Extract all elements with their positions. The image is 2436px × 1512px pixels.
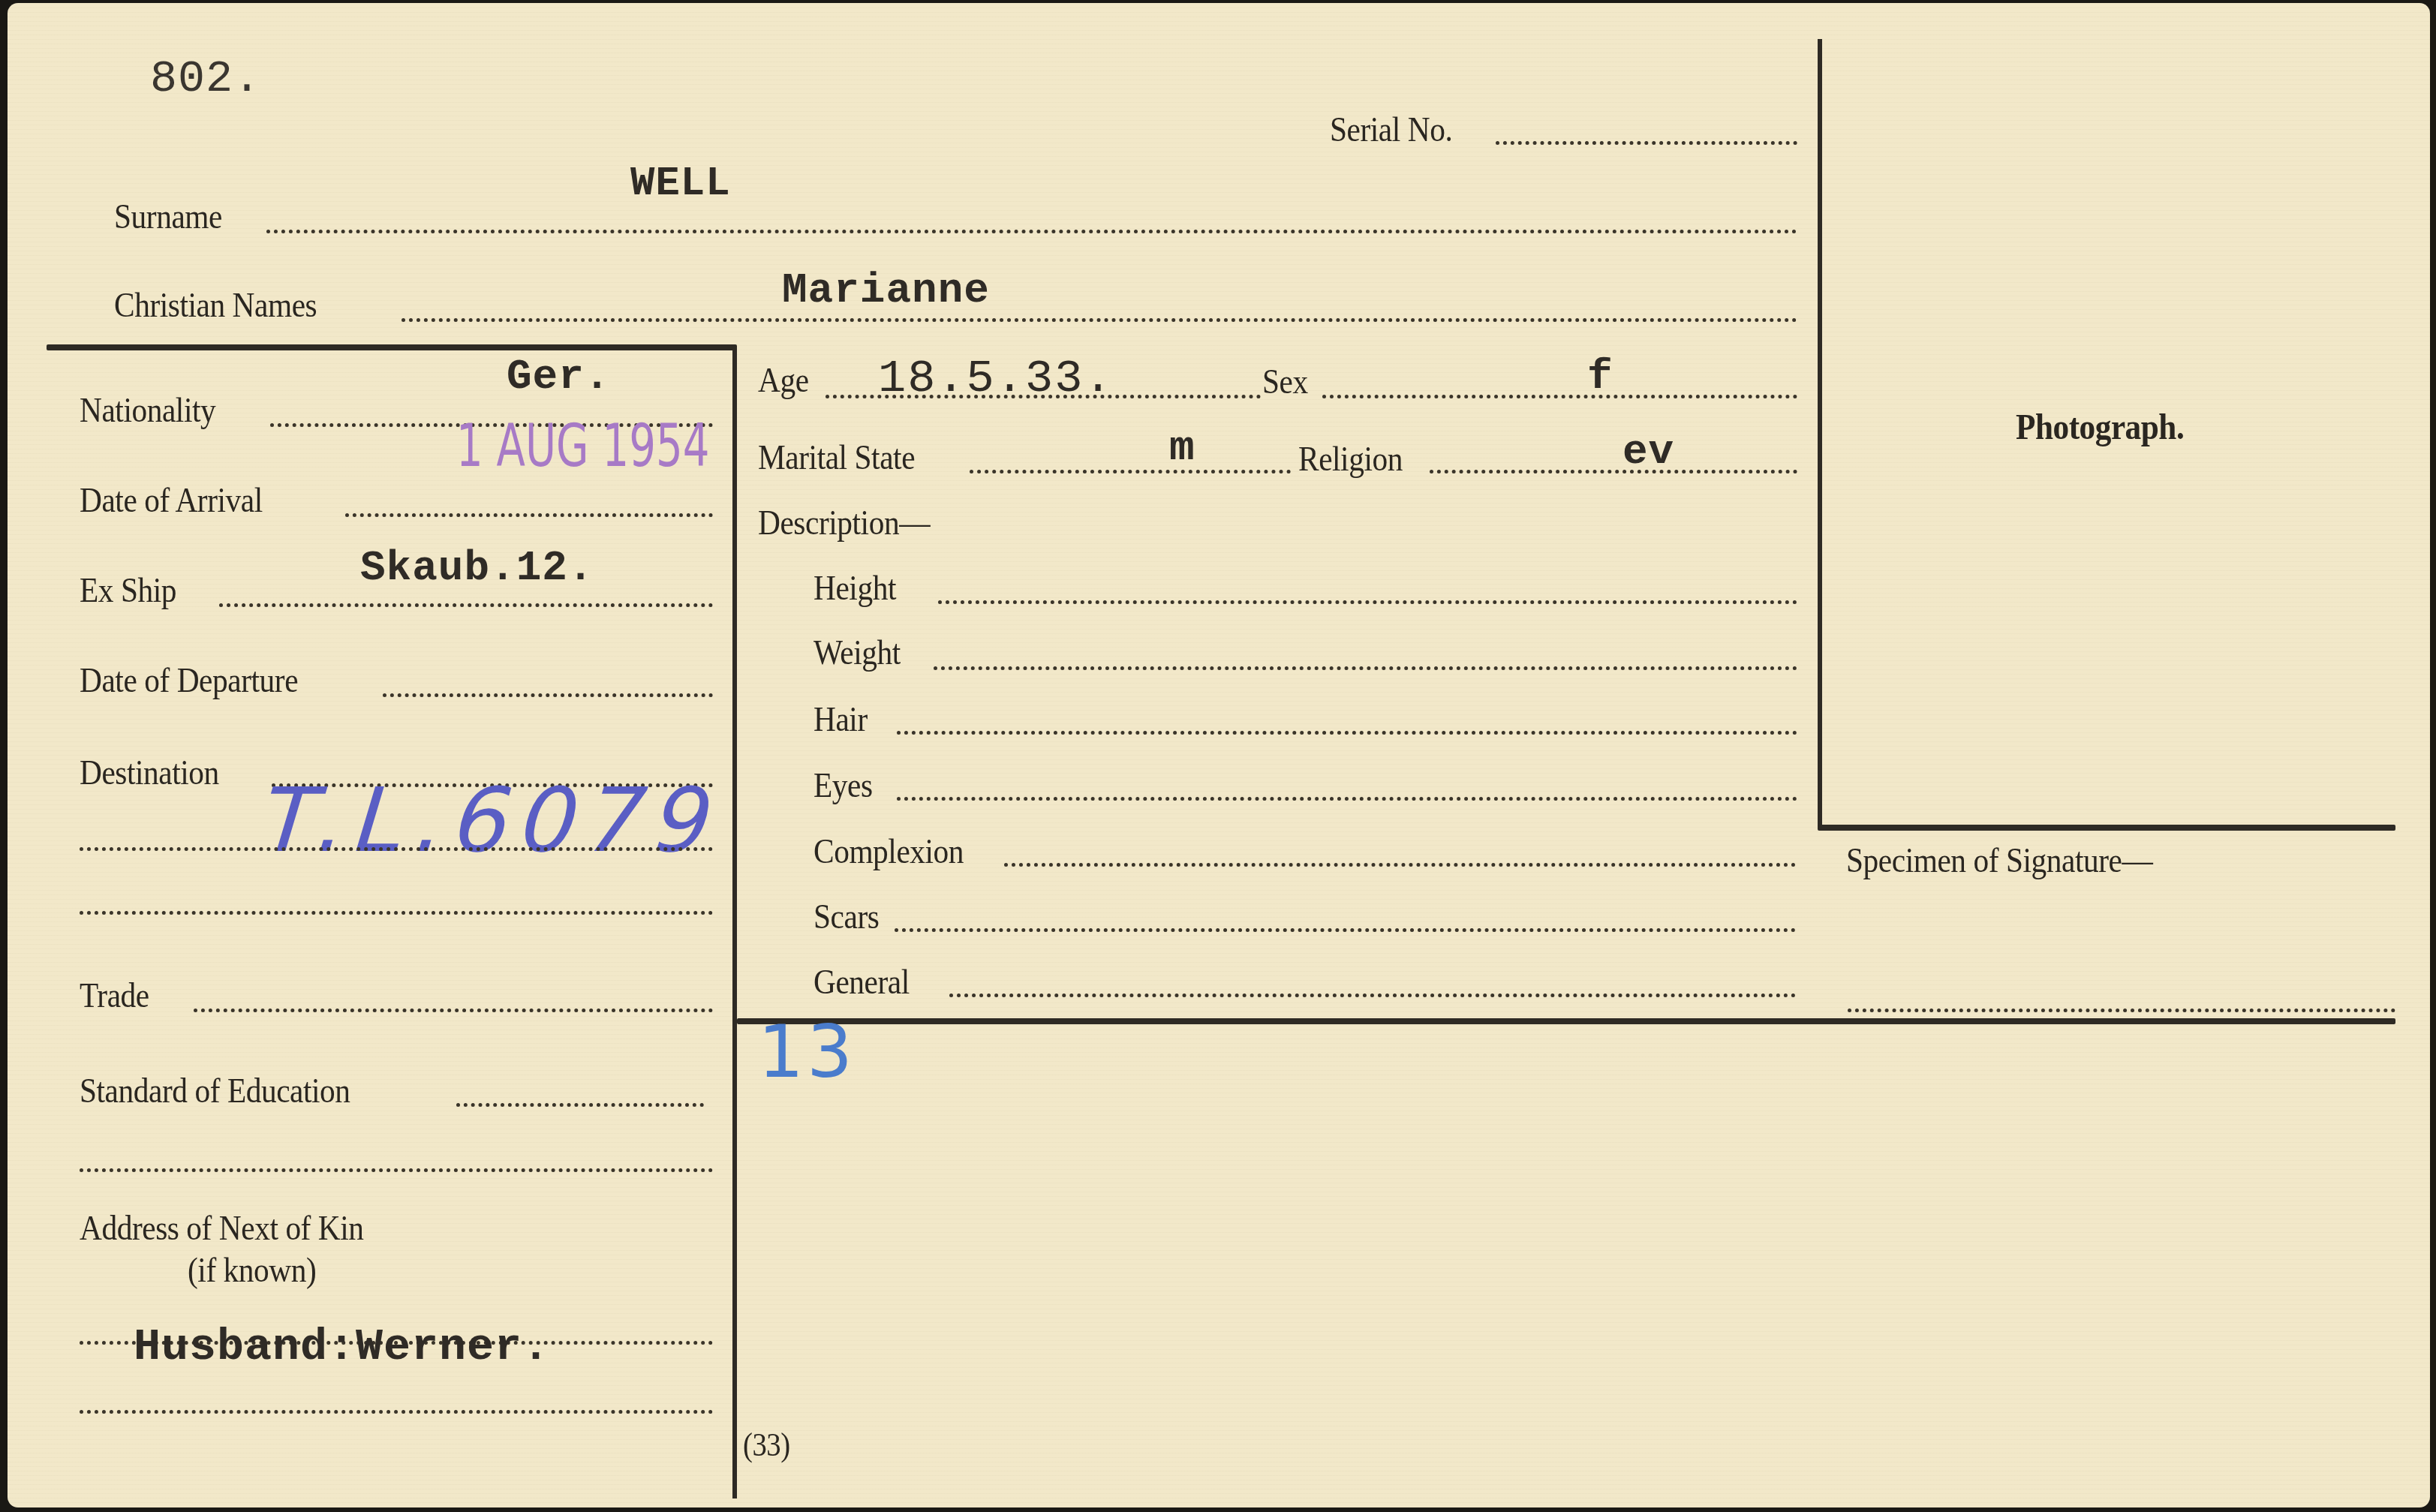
- ex-ship-value: Skaub.12.: [360, 547, 594, 589]
- height-field[interactable]: [938, 600, 1797, 604]
- weight-label: Weight: [814, 636, 901, 671]
- handwritten-note: 13: [758, 1016, 856, 1088]
- trade-field[interactable]: [194, 1009, 713, 1012]
- standard-of-education-field-line2[interactable]: [80, 1168, 713, 1172]
- photograph-area: [1824, 48, 2394, 821]
- sex-label: Sex: [1262, 365, 1308, 400]
- christian-names-label: Christian Names: [114, 288, 317, 323]
- religion-value: ev: [1622, 431, 1674, 473]
- date-of-arrival-field[interactable]: [345, 513, 713, 517]
- surname-field[interactable]: [266, 230, 1797, 233]
- age-field[interactable]: [826, 395, 1261, 398]
- complexion-label: Complexion: [814, 834, 964, 870]
- date-of-departure-field[interactable]: [383, 693, 713, 697]
- nationality-value: Ger.: [507, 356, 610, 398]
- marital-state-field[interactable]: [970, 470, 1291, 473]
- card-index-number: 802.: [150, 57, 261, 102]
- destination-field-line3[interactable]: [80, 911, 713, 915]
- surname-value: WELL: [630, 164, 731, 205]
- trade-label: Trade: [80, 978, 149, 1014]
- next-of-kin-sublabel: (if known): [188, 1253, 316, 1288]
- eyes-label: Eyes: [814, 768, 873, 804]
- form-number: (33): [743, 1429, 790, 1462]
- standard-of-education-label: Standard of Education: [80, 1074, 350, 1109]
- marital-state-label: Marital State: [758, 440, 915, 476]
- destination-label: Destination: [80, 756, 219, 791]
- signature-label: Specimen of Signature—: [1846, 843, 2152, 879]
- scars-field[interactable]: [895, 928, 1796, 932]
- eyes-field[interactable]: [897, 797, 1797, 801]
- religion-field[interactable]: [1430, 470, 1797, 473]
- nationality-label: Nationality: [80, 393, 215, 428]
- arrival-date-stamp: 1 AUG 1954: [456, 417, 709, 476]
- marital-state-value: m: [1169, 427, 1195, 469]
- weight-field[interactable]: [934, 666, 1797, 670]
- serial-no-label: Serial No.: [1330, 113, 1452, 148]
- serial-no-field[interactable]: [1496, 141, 1797, 145]
- christian-names-value: Marianne: [782, 269, 990, 311]
- standard-of-education-field-line1[interactable]: [456, 1103, 704, 1107]
- next-of-kin-label: Address of Next of Kin: [80, 1211, 364, 1246]
- date-of-arrival-label: Date of Arrival: [80, 483, 263, 519]
- surname-label: Surname: [114, 200, 222, 235]
- description-heading: Description—: [758, 506, 930, 541]
- scars-label: Scars: [814, 900, 879, 935]
- registration-card: 802. Serial No. WELL Surname Marianne Ch…: [8, 3, 2430, 1507]
- complexion-field[interactable]: [1004, 863, 1796, 867]
- photo-box-bottom-rule: [1818, 825, 2395, 831]
- general-field[interactable]: [949, 993, 1796, 997]
- sex-value: f: [1587, 356, 1613, 398]
- date-of-departure-label: Date of Departure: [80, 663, 298, 699]
- destination-field-line2[interactable]: [80, 847, 713, 851]
- next-of-kin-value: Husband:Werner.: [134, 1325, 550, 1370]
- left-column-top-rule: [47, 344, 737, 350]
- ex-ship-label: Ex Ship: [80, 573, 176, 609]
- photo-box-left-rule: [1818, 39, 1822, 828]
- next-of-kin-field-line2[interactable]: [80, 1410, 713, 1414]
- left-column-right-rule: [732, 347, 737, 1498]
- sex-field[interactable]: [1322, 395, 1797, 398]
- religion-label: Religion: [1298, 442, 1403, 477]
- signature-field[interactable]: [1848, 1009, 2395, 1012]
- height-label: Height: [814, 571, 896, 606]
- destination-value: T.L.6079: [260, 776, 728, 864]
- hair-field[interactable]: [897, 731, 1797, 735]
- general-label: General: [814, 965, 910, 1000]
- age-label: Age: [758, 363, 809, 398]
- christian-names-field[interactable]: [401, 318, 1797, 322]
- description-bottom-rule: [737, 1018, 2395, 1024]
- ex-ship-field[interactable]: [219, 603, 713, 607]
- hair-label: Hair: [814, 702, 868, 738]
